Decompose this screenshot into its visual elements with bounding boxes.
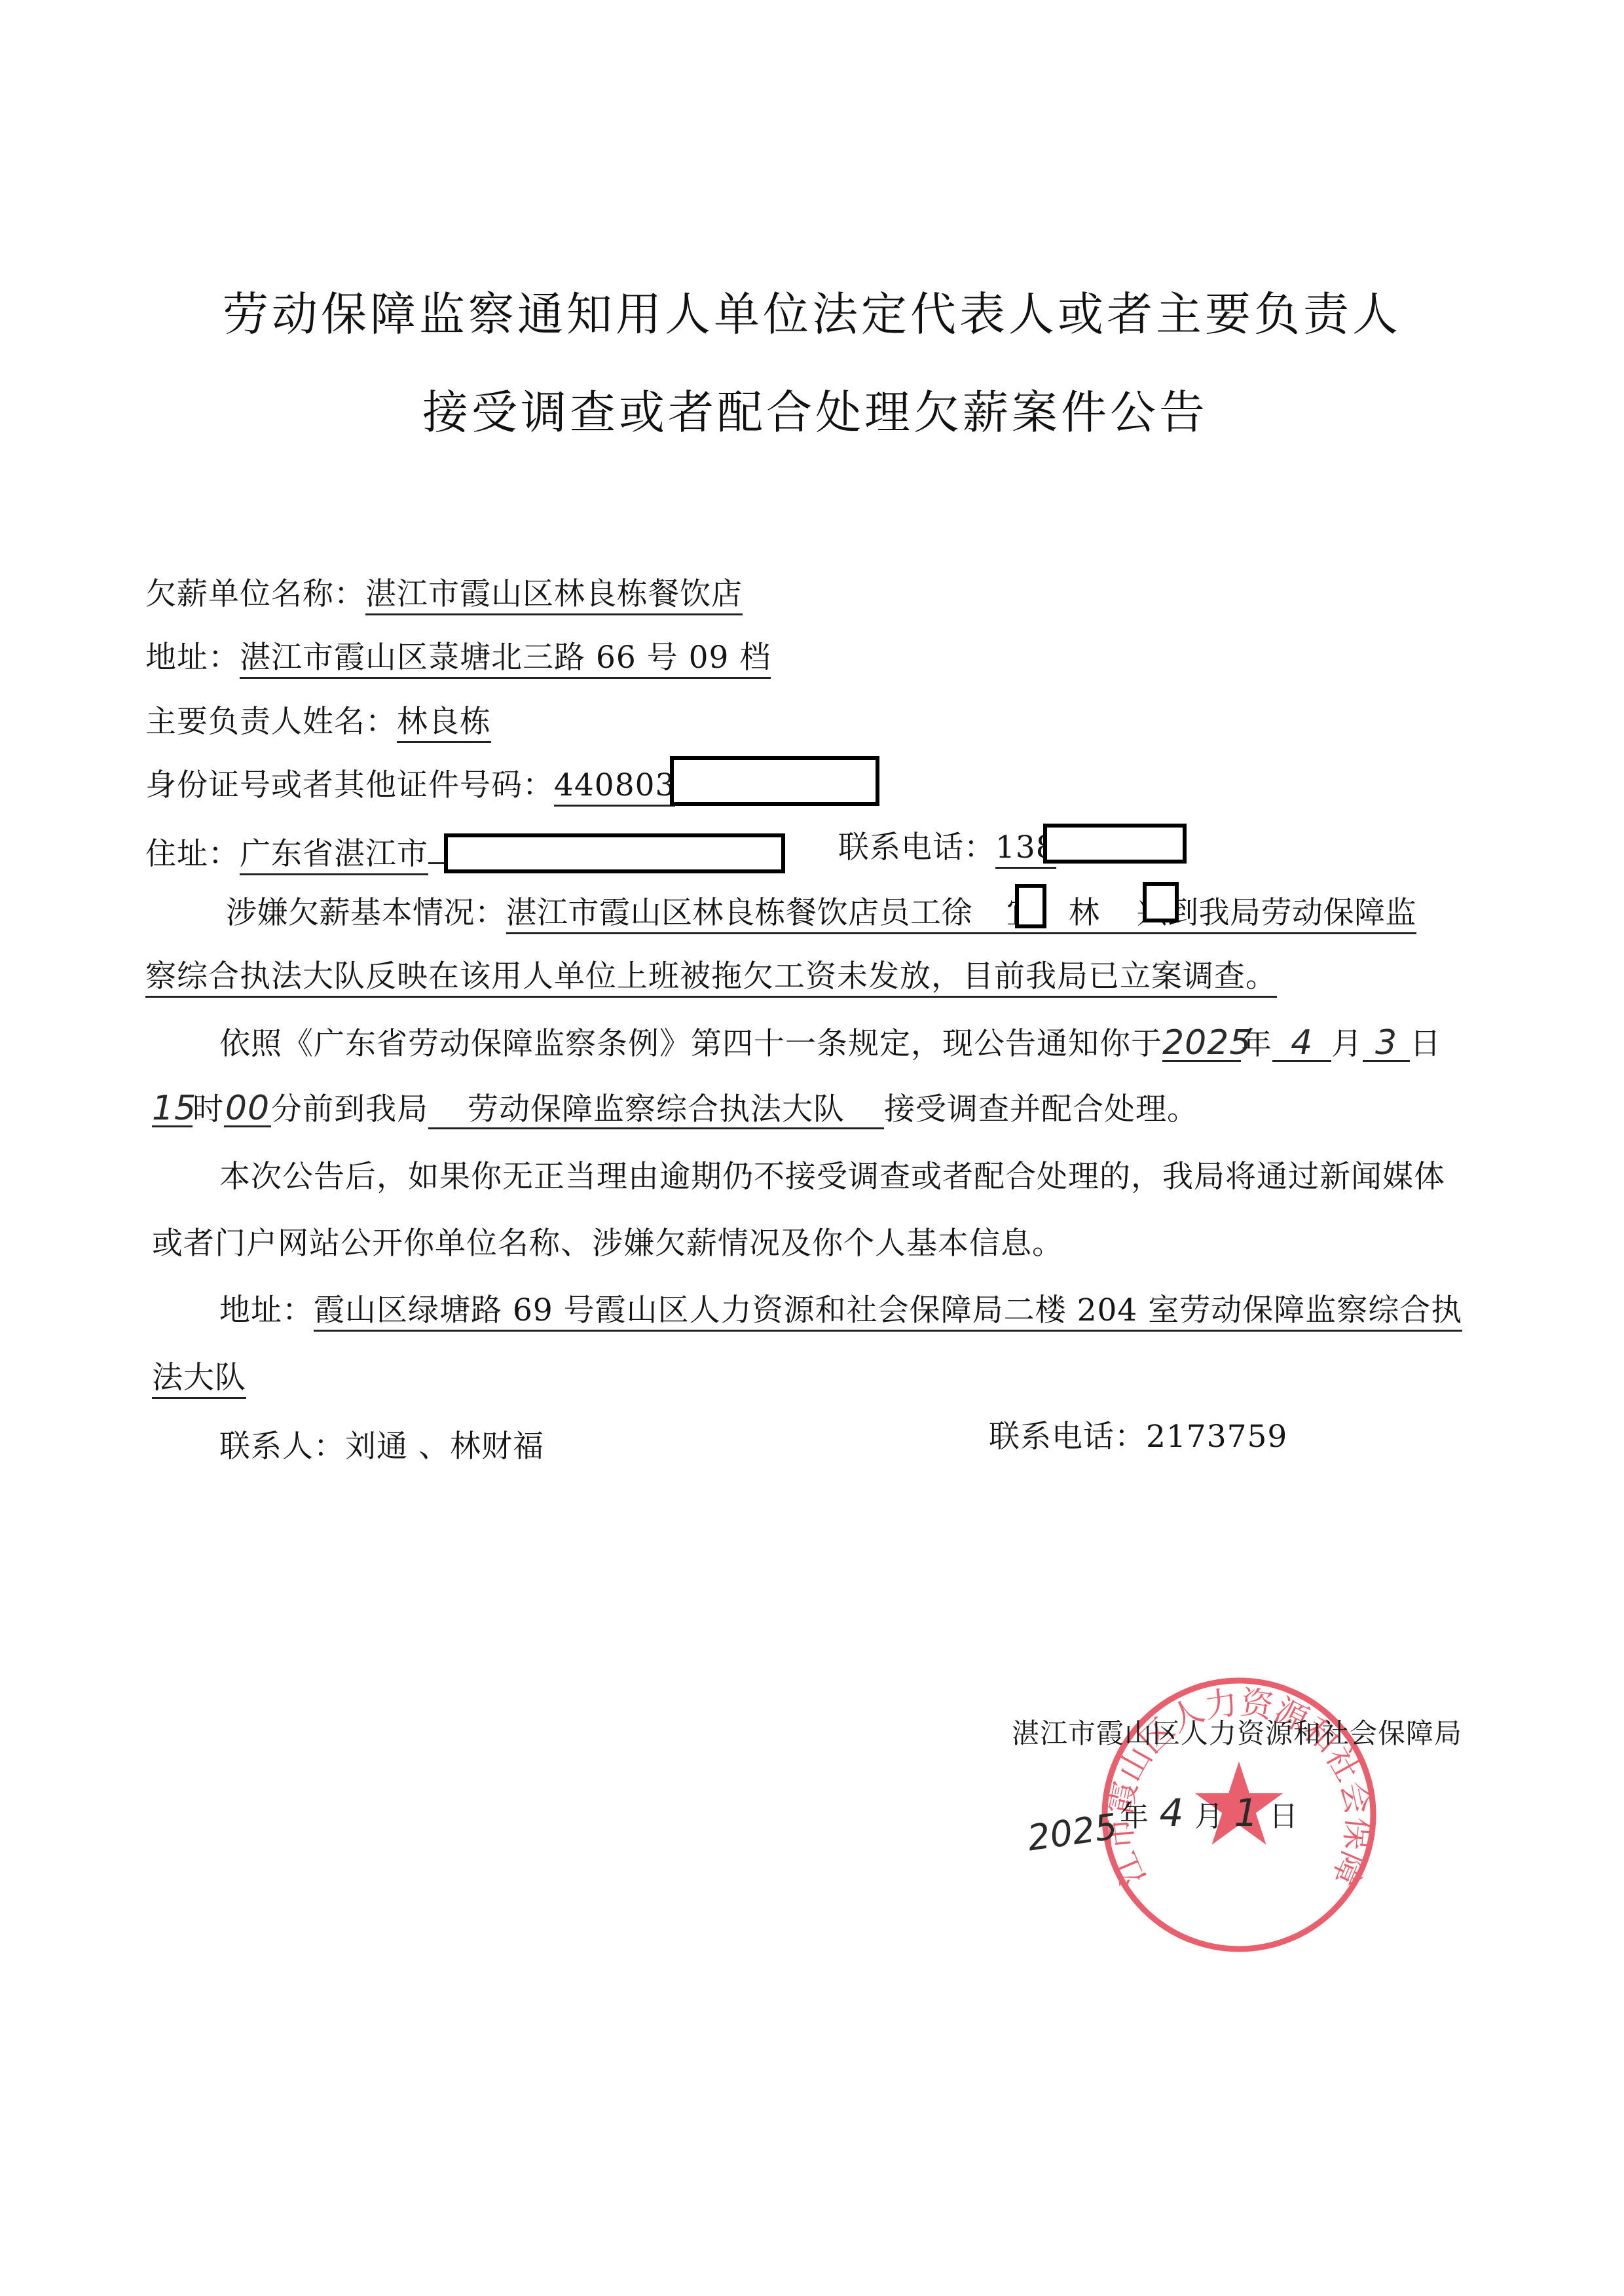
principal-name-value: 林良栋: [397, 704, 491, 743]
office-address-value-1: 霞山区绿塘路 69 号霞山区人力资源和社会保障局二楼 204 室劳动保障监察综合…: [314, 1292, 1462, 1332]
signature-day-suffix: 日: [1269, 1800, 1298, 1833]
field-address: 地址：湛江市霞山区菉塘北三路 66 号 09 档: [145, 638, 771, 678]
notice-day-handwritten: 3: [1363, 1026, 1410, 1062]
contacts-label: 联系人：: [219, 1429, 345, 1465]
office-address-line-2: 法大队: [152, 1358, 246, 1398]
residence-visible-prefix: 广东省湛江市: [240, 836, 428, 875]
redaction-box-phone: [1043, 824, 1187, 864]
notice-year-suffix: 年: [1241, 1026, 1272, 1062]
office-address-label: 地址：: [219, 1292, 314, 1328]
notice-text-a: 依照《广东省劳动保障监察条例》第四十一条规定，现公告通知你于: [219, 1026, 1162, 1062]
case-info-text-1: 湛江市霞山区林良栋餐饮店员工徐: [506, 895, 973, 931]
office-address-value-2: 法大队: [152, 1360, 246, 1399]
office-phone-label: 联系电话：: [989, 1419, 1146, 1455]
signature-year-suffix: 年: [1120, 1800, 1149, 1833]
consequence-line-2: 或者门户网站公开你单位名称、涉嫌欠薪情况及你个人基本信息。: [152, 1224, 1063, 1264]
signature-day-handwritten: 1: [1223, 1791, 1269, 1835]
case-info-label: 涉嫌欠薪基本情况：: [226, 895, 506, 931]
notice-text-c: 接受调查并配合处理。: [884, 1091, 1198, 1127]
field-phone: 联系电话：138: [838, 828, 1056, 867]
office-phone: 联系电话：2173759: [989, 1417, 1287, 1457]
notice-line-2: 15时00分前到我局劳动保障监察综合执法大队接受调查并配合处理。: [152, 1090, 1198, 1129]
document-title-line-1: 劳动保障监察通知用人单位法定代表人或者主要负责人: [223, 288, 1401, 340]
signature-month-suffix: 月: [1194, 1800, 1223, 1833]
signature-date: 2025年4月1日: [1025, 1791, 1298, 1835]
unit-name-value: 湛江市霞山区林良栋餐饮店: [365, 576, 743, 615]
office-phone-number: 2173759: [1146, 1419, 1287, 1455]
notice-day-suffix: 日: [1410, 1026, 1441, 1062]
notice-month-handwritten: 4: [1272, 1026, 1331, 1062]
office-contacts: 联系人：刘通 、林财福: [219, 1427, 544, 1467]
notice-text-b: 分前到我局: [271, 1091, 428, 1127]
redaction-box-employee-name-1: [1015, 884, 1046, 928]
address-value: 湛江市霞山区菉塘北三路 66 号 09 档: [240, 640, 771, 679]
id-number-visible-prefix: 440803: [554, 767, 675, 807]
redaction-box-employee-name-2: [1143, 882, 1179, 922]
consequence-line-1: 本次公告后，如果你无正当理由逾期仍不接受调查或者配合处理的，我局将通过新闻媒体: [219, 1157, 1445, 1197]
contacts-names: 刘通 、林财福: [345, 1429, 544, 1465]
address-label: 地址：: [145, 640, 240, 676]
case-info-text-line-2: 察综合执法大队反映在该用人单位上班被拖欠工资未发放，目前我局已立案调查。: [145, 958, 1277, 998]
office-address-line-1: 地址：霞山区绿塘路 69 号霞山区人力资源和社会保障局二楼 204 室劳动保障监…: [219, 1291, 1462, 1330]
issuer-name: 湛江市霞山区人力资源和社会保障局: [1012, 1712, 1462, 1751]
case-info-line-1: 涉嫌欠薪基本情况：湛江市霞山区林良栋餐饮店员工徐宜、林兴到我局劳动保障监: [226, 894, 1416, 933]
notice-line-1: 依照《广东省劳动保障监察条例》第四十一条规定，现公告通知你于2025年4月3日: [219, 1025, 1441, 1064]
notice-hour-suffix: 时: [193, 1091, 224, 1127]
redaction-box-id-number: [670, 756, 879, 806]
residence-label: 住址：: [145, 836, 240, 872]
notice-month-suffix: 月: [1331, 1026, 1363, 1062]
notice-year-handwritten: 2025: [1162, 1026, 1241, 1062]
field-id-number: 身份证号或者其他证件号码：440803: [145, 766, 675, 805]
unit-name-label: 欠薪单位名称：: [145, 576, 365, 612]
notice-minute-handwritten: 00: [224, 1091, 271, 1127]
id-number-label: 身份证号或者其他证件号码：: [145, 767, 554, 803]
notice-hour-handwritten: 15: [152, 1091, 193, 1127]
signature-month-handwritten: 4: [1149, 1791, 1194, 1835]
phone-label: 联系电话：: [838, 829, 995, 866]
document-title-line-2: 接受调查或者配合处理欠薪案件公告: [422, 386, 1208, 439]
case-info-line-2: 察综合执法大队反映在该用人单位上班被拖欠工资未发放，目前我局已立案调查。: [145, 957, 1277, 996]
principal-name-label: 主要负责人姓名：: [145, 704, 397, 740]
redaction-box-residence: [444, 833, 785, 873]
field-unit-name: 欠薪单位名称：湛江市霞山区林良栋餐饮店: [145, 575, 743, 614]
field-principal-name: 主要负责人姓名：林良栋: [145, 702, 491, 742]
notice-department: 劳动保障监察综合执法大队: [428, 1091, 884, 1129]
